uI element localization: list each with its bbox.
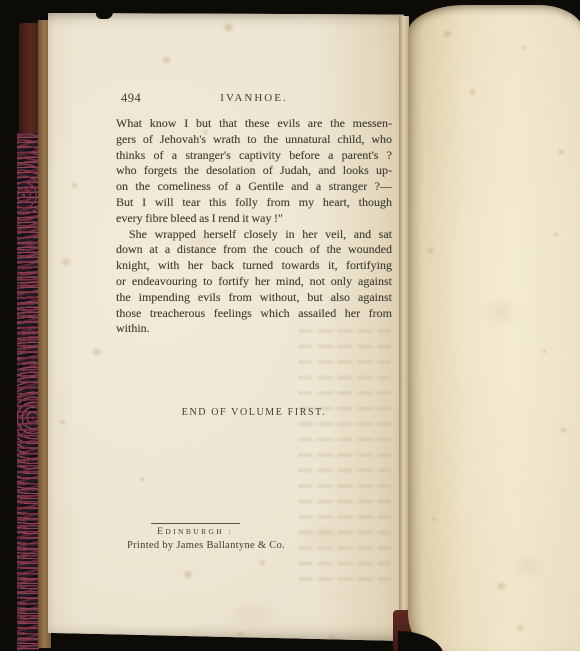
imprint-rule bbox=[151, 523, 240, 524]
body-line: She wrapped herself closely in her veil,… bbox=[116, 227, 392, 243]
body-line: or endeavouring to fortify her mind, not… bbox=[116, 274, 392, 290]
imprint-printer: Printed by James Ballantyne & Co. bbox=[127, 540, 263, 551]
left-page: 494 IVANHOE. What know I but that these … bbox=[48, 13, 404, 641]
body-line: knight, with her back turned towards it,… bbox=[116, 258, 392, 274]
right-blank-page bbox=[408, 5, 580, 651]
body-line: on the comeliness of a Gentile and a str… bbox=[116, 179, 392, 195]
body-line: gers of Jehovah's wrath to the unnatural… bbox=[116, 132, 392, 148]
book-spine-marbled-board bbox=[17, 133, 39, 651]
body-line: who forgets the desolation of Judah, and… bbox=[116, 163, 392, 179]
body-line: What know I but that these evils are the… bbox=[116, 116, 392, 132]
body-text: What know I but that these evils are the… bbox=[116, 116, 392, 337]
book-photo-scene: 494 IVANHOE. What know I but that these … bbox=[0, 0, 580, 651]
body-line: within. bbox=[116, 321, 392, 337]
book-spine-leather bbox=[19, 23, 39, 135]
end-of-volume-notice: END OF VOLUME FIRST. bbox=[116, 407, 392, 418]
body-line: every fibre bleed as I rend it way !" bbox=[116, 211, 392, 227]
body-line: down at a distance from the couch of the… bbox=[116, 242, 392, 258]
body-line: thinks of a stranger's captivity before … bbox=[116, 148, 392, 164]
foxing-stains-right bbox=[408, 5, 580, 651]
body-line: But I will tear this folly from my heart… bbox=[116, 195, 392, 211]
body-line: those treacherous feelings which assaile… bbox=[116, 306, 392, 322]
running-title: IVANHOE. bbox=[116, 92, 392, 104]
show-through-text bbox=[298, 325, 391, 593]
imprint-city: EDINBURGH : bbox=[127, 527, 263, 537]
printer-imprint: EDINBURGH : Printed by James Ballantyne … bbox=[127, 523, 263, 551]
body-line: the impending evils from without, but al… bbox=[116, 290, 392, 306]
